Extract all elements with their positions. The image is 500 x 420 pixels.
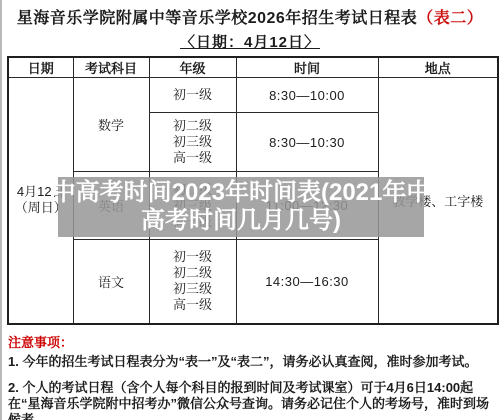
page-left-edge <box>0 0 2 420</box>
time-math-slot2: 8:30—10:30 <box>236 113 378 172</box>
page-title-tag: （表二） <box>417 10 483 27</box>
watermark-overlay: 中高考时间2023年时间表(2021年中 高考时间几月几号) <box>58 177 424 237</box>
subject-math: 数学 <box>73 78 149 172</box>
header-time: 时间 <box>236 57 378 78</box>
header-date: 日期 <box>8 57 73 78</box>
table-row: 4月12日 （周日） 数学 初一级 8:30—10:00 教学楼、工字楼 <box>8 78 498 113</box>
title-block: 星海音乐学院附属中等音乐学校2026年招生考试日程表（表二） 〈日期：4月12日… <box>0 5 500 52</box>
page-title-text: 星海音乐学院附属中等音乐学校2026年招生考试日程表 <box>17 10 418 27</box>
grades-math-slot1: 初一级 <box>149 78 236 113</box>
time-chinese: 14:30—16:30 <box>236 240 378 324</box>
table-header-row: 日期 考试科目 年级 时间 地点 <box>8 57 498 78</box>
subject-chinese: 语文 <box>73 240 149 324</box>
page-title: 星海音乐学院附属中等音乐学校2026年招生考试日程表（表二） <box>0 5 500 28</box>
time-math-slot1: 8:30—10:00 <box>236 78 378 113</box>
page-subtitle-date: 〈日期：4月12日〉 <box>0 31 500 52</box>
grades-chinese: 初一级 初二级 初三级 高一级 <box>149 240 236 324</box>
notes-heading: 注意事项： <box>8 332 73 351</box>
note-item-2: 2. 个人的考试日程（含个人每个科目的报到时间及考试课室）可于4月6日14:00… <box>8 380 496 420</box>
watermark-line2: 高考时间几月几号) <box>141 207 341 235</box>
header-subject: 考试科目 <box>73 57 149 78</box>
note-item-1: 1. 今年的招生考试日程表分为“表一”及“表二”，请务必认真查阅，准时参加考试。 <box>8 354 496 370</box>
watermark-line1: 中高考时间2023年时间表(2021年中 <box>52 179 431 207</box>
header-grade: 年级 <box>149 57 236 78</box>
grades-math-slot2: 初二级 初三级 高一级 <box>149 113 236 172</box>
header-location: 地点 <box>378 57 498 78</box>
